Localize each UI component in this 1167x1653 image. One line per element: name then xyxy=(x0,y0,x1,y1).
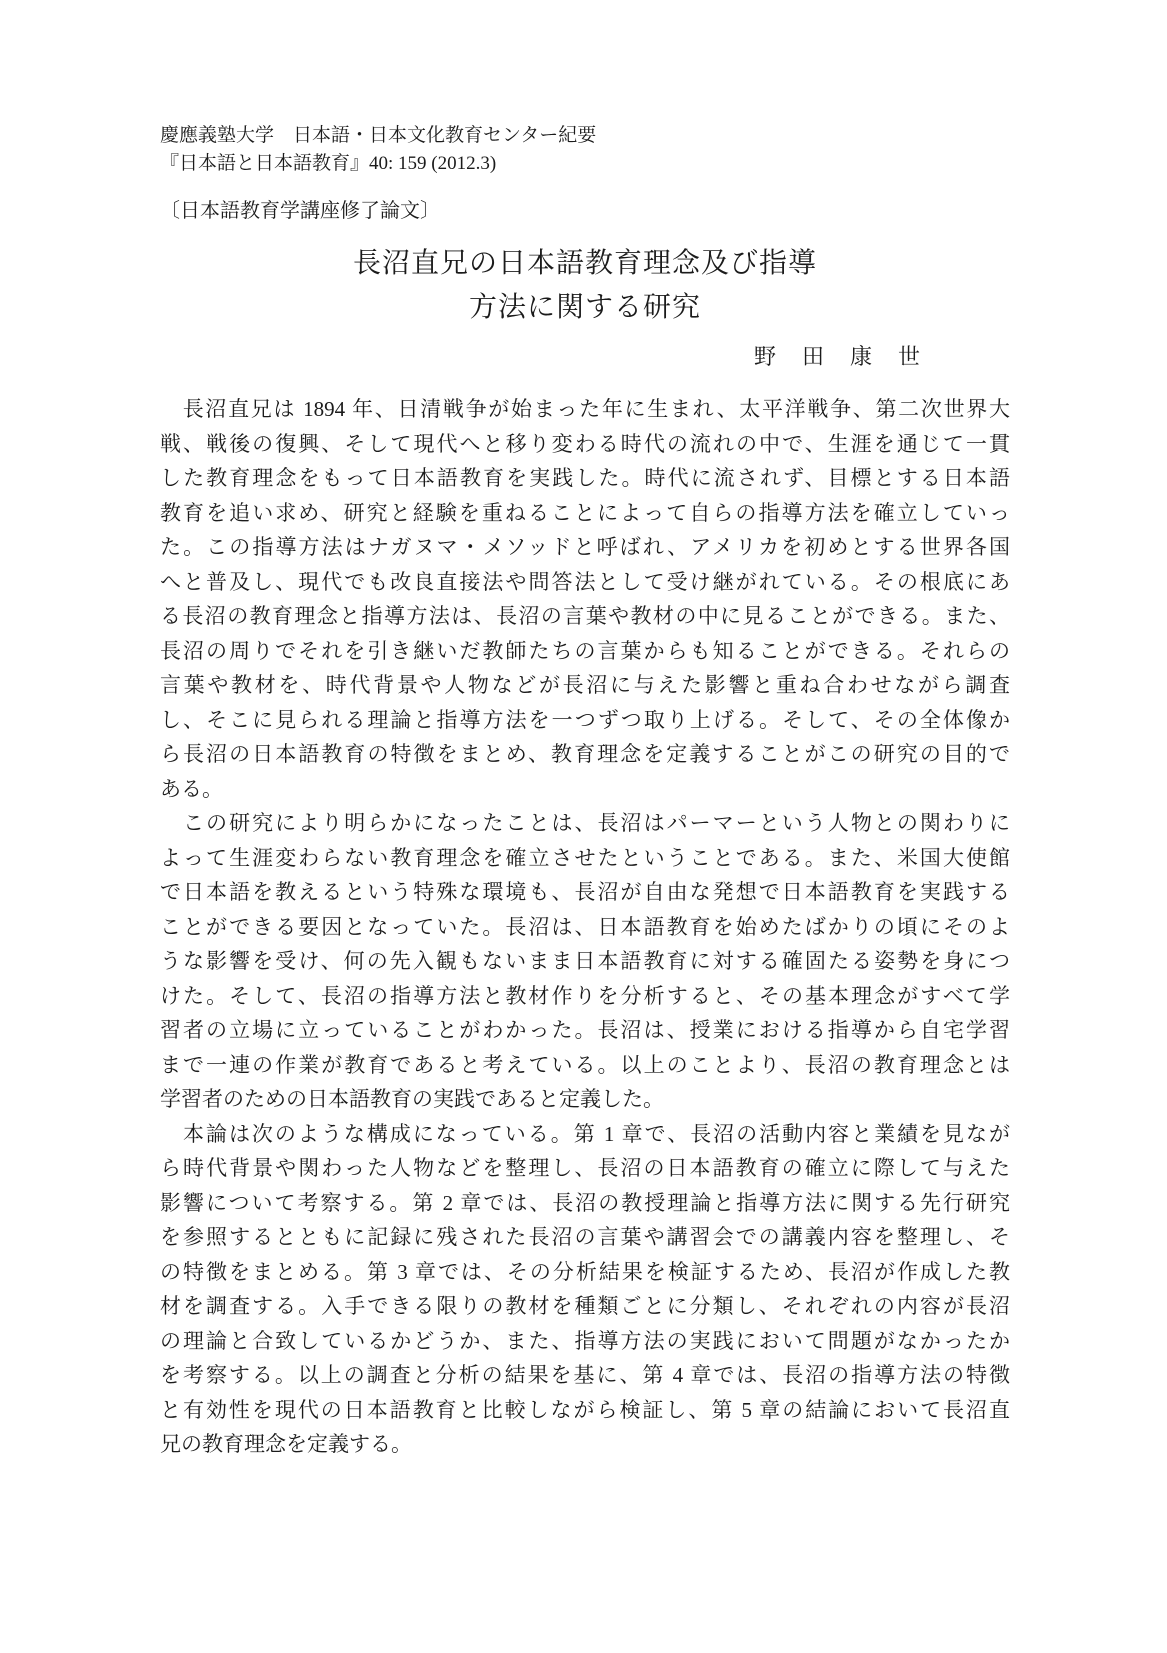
body-line: 教育を追い求め、研究と経験を重ねることによって自らの指導方法を確立していっ xyxy=(160,496,1010,531)
body-line: へと普及し、現代でも改良直接法や問答法として受け継がれている。その根底にあ xyxy=(160,565,1010,600)
body-line: まで一連の作業が教育であると考えている。以上のことより、長沼の教育理念とは xyxy=(160,1048,1010,1083)
body-line: ら長沼の日本語教育の特徴をまとめ、教育理念を定義することがこの研究の目的で xyxy=(160,737,1010,772)
body-line: 戦、戦後の復興、そして現代へと移り変わる時代の流れの中で、生涯を通じて一貫 xyxy=(160,427,1010,462)
body-line: 本論は次のような構成になっている。第 1 章で、長沼の活動内容と業績を見なが xyxy=(160,1117,1010,1152)
body-paragraph: 長沼直兄は 1894 年、日清戦争が始まった年に生まれ、太平洋戦争、第二次世界大… xyxy=(160,392,1010,806)
body-line: けた。そして、長沼の指導方法と教材作りを分析すると、その基本理念がすべて学 xyxy=(160,979,1010,1014)
body-line: 言葉や教材を、時代背景や人物などが長沼に与えた影響と重ね合わせながら調査 xyxy=(160,668,1010,703)
body-paragraph: 本論は次のような構成になっている。第 1 章で、長沼の活動内容と業績を見ながら時… xyxy=(160,1117,1010,1462)
body-line: よって生涯変わらない教育理念を確立させたということである。また、米国大使館 xyxy=(160,841,1010,876)
body-line: ら時代背景や関わった人物などを整理し、長沼の日本語教育の確立に際して与えた xyxy=(160,1151,1010,1186)
body-paragraph: この研究により明らかになったことは、長沼はパーマーという人物との関わりによって生… xyxy=(160,806,1010,1117)
paper-title-line1: 長沼直兄の日本語教育理念及び指導 xyxy=(353,248,817,279)
article-category-note: 〔日本語教育学講座修了論文〕 xyxy=(160,198,1010,224)
body-line: 材を調査する。入手できる限りの教材を種類ごとに分類し、それぞれの内容が長沼 xyxy=(160,1289,1010,1324)
body-line: ある。 xyxy=(160,772,1010,807)
body-line: 長沼の周りでそれを引き継いだ教師たちの言葉からも知ることができる。それらの xyxy=(160,634,1010,669)
body-line: した教育理念をもって日本語教育を実践した。時代に流されず、目標とする日本語 xyxy=(160,461,1010,496)
body-line: 兄の教育理念を定義する。 xyxy=(160,1427,1010,1462)
body-line: うな影響を受け、何の先入観もないまま日本語教育に対する確固たる姿勢を身につ xyxy=(160,944,1010,979)
paper-body: 長沼直兄は 1894 年、日清戦争が始まった年に生まれ、太平洋戦争、第二次世界大… xyxy=(160,392,1010,1462)
body-line: を考察する。以上の調査と分析の結果を基に、第 4 章では、長沼の指導方法の特徴 xyxy=(160,1358,1010,1393)
author-name: 野 田 康 世 xyxy=(160,342,1010,372)
body-line: で日本語を教えるという特殊な環境も、長沼が自由な発想で日本語教育を実践する xyxy=(160,875,1010,910)
journal-header: 慶應義塾大学 日本語・日本文化教育センター紀要 『日本語と日本語教育』40: 1… xyxy=(160,122,1010,178)
body-line: た。この指導方法はナガヌマ・メソッドと呼ばれ、アメリカを初めとする世界各国 xyxy=(160,530,1010,565)
body-line: ことができる要因となっていた。長沼は、日本語教育を始めたばかりの頃にそのよ xyxy=(160,910,1010,945)
body-line: 影響について考察する。第 2 章では、長沼の教授理論と指導方法に関する先行研究 xyxy=(160,1186,1010,1221)
paper-title-line2: 方法に関する研究 xyxy=(469,292,701,323)
body-line: る長沼の教育理念と指導方法は、長沼の言葉や教材の中に見ることができる。また、 xyxy=(160,599,1010,634)
body-line: の特徴をまとめる。第 3 章では、その分析結果を検証するため、長沼が作成した教 xyxy=(160,1255,1010,1290)
body-line: 習者の立場に立っていることがわかった。長沼は、授業における指導から自宅学習 xyxy=(160,1013,1010,1048)
body-line: この研究により明らかになったことは、長沼はパーマーという人物との関わりに xyxy=(160,806,1010,841)
paper-title: 長沼直兄の日本語教育理念及び指導方法に関する研究 xyxy=(160,242,1010,330)
journal-name: 慶應義塾大学 日本語・日本文化教育センター紀要 xyxy=(160,122,1010,150)
body-line: の理論と合致しているかどうか、また、指導方法の実践において問題がなかったか xyxy=(160,1324,1010,1359)
body-line: を参照するとともに記録に残された長沼の言葉や講習会での講義内容を整理し、そ xyxy=(160,1220,1010,1255)
body-line: し、そこに見られる理論と指導方法を一つずつ取り上げる。そして、その全体像か xyxy=(160,703,1010,738)
body-line: 学習者のための日本語教育の実践であると定義した。 xyxy=(160,1082,1010,1117)
body-line: と有効性を現代の日本語教育と比較しながら検証し、第 5 章の結論において長沼直 xyxy=(160,1393,1010,1428)
journal-issue: 『日本語と日本語教育』40: 159 (2012.3) xyxy=(160,150,1010,178)
body-line: 長沼直兄は 1894 年、日清戦争が始まった年に生まれ、太平洋戦争、第二次世界大 xyxy=(160,392,1010,427)
document-page: 慶應義塾大学 日本語・日本文化教育センター紀要 『日本語と日本語教育』40: 1… xyxy=(0,0,1167,1653)
